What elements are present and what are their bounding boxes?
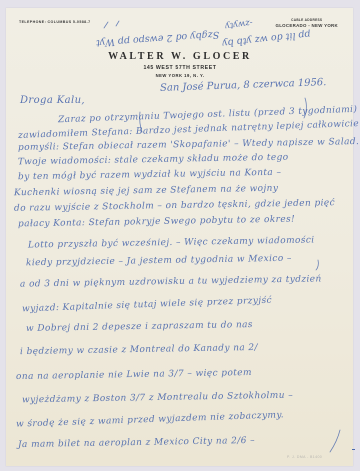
archive-stamp: P. J. DMA - B1400 — [287, 455, 322, 459]
letterhead-address-city: NEW YORK 19, N. Y. — [0, 73, 360, 78]
letterhead-name: WALTER W. GLOCER — [0, 51, 360, 62]
letterhead-cable: CABLE ADDRESS GLOCERADO - NEW YORK — [275, 18, 338, 28]
letterhead-telephone: TELEPHONE: COLUMBUS 5-0588-7 — [19, 20, 91, 24]
cable-label: CABLE ADDRESS — [275, 18, 338, 22]
letterhead-address-street: 145 WEST 57TH STREET — [0, 65, 360, 71]
salutation: Droga Kalu, — [20, 95, 85, 106]
ink-dash — [352, 449, 355, 450]
cable-address: GLOCERADO - NEW YORK — [275, 23, 338, 28]
